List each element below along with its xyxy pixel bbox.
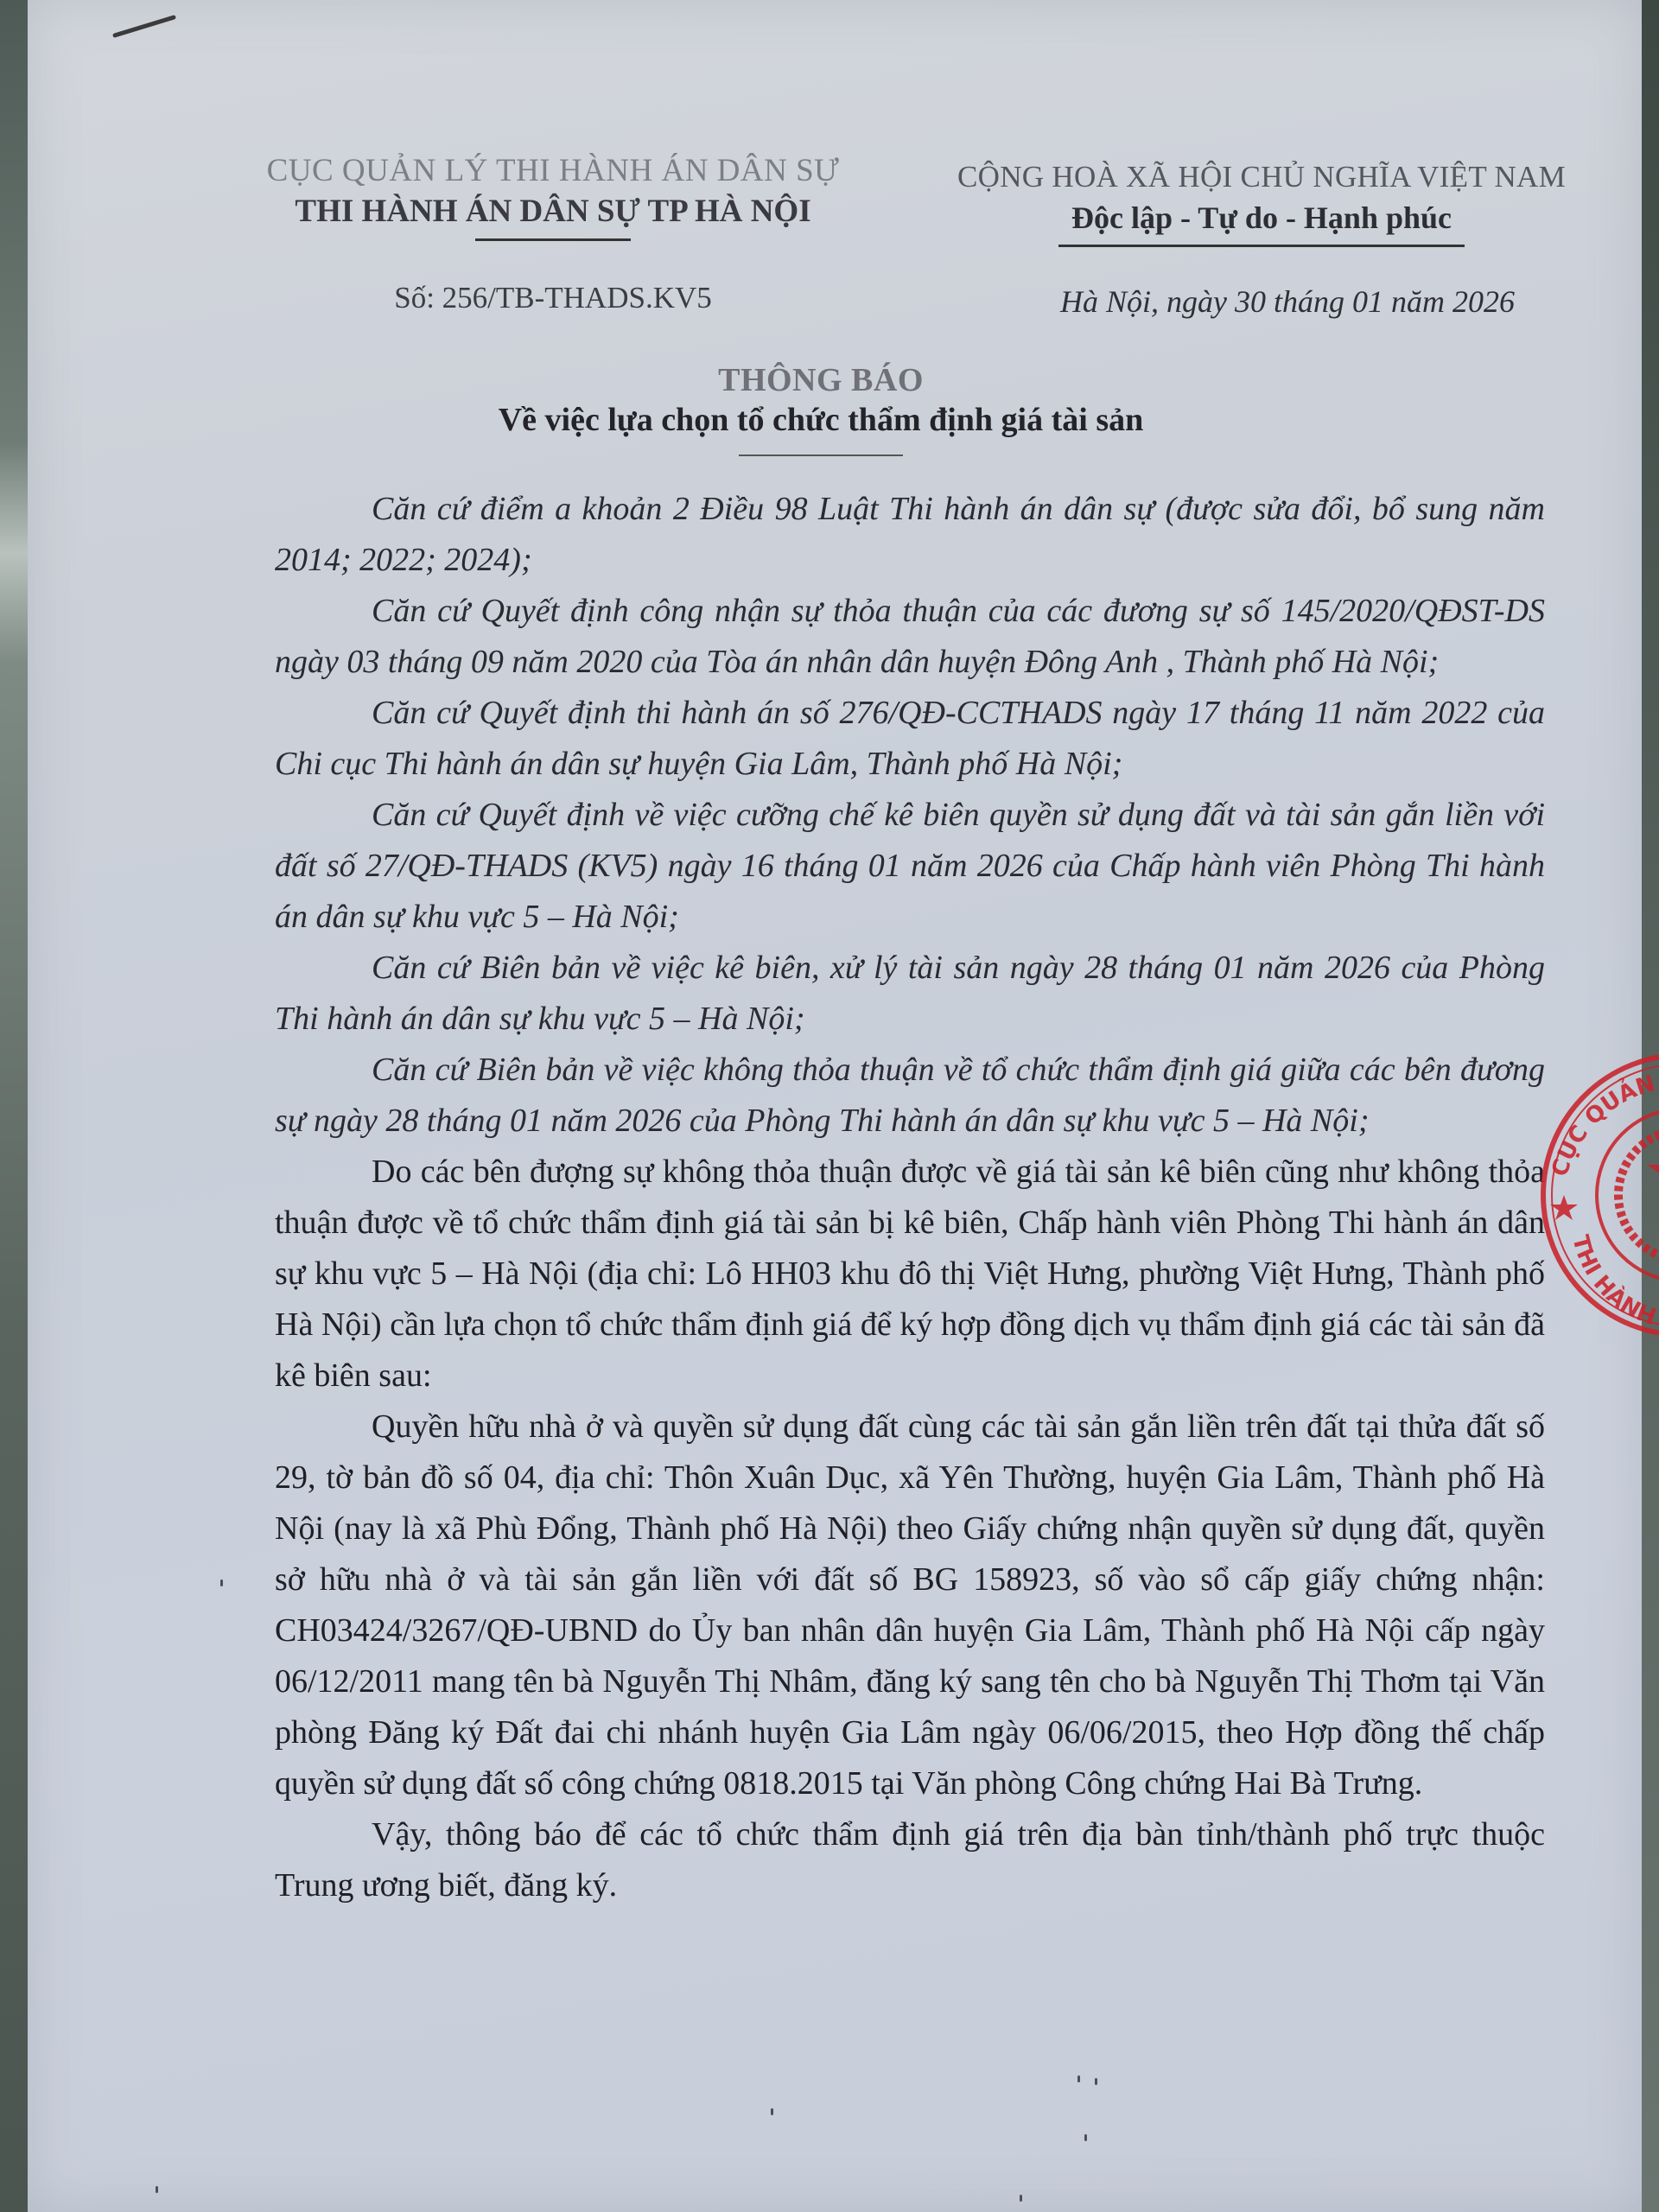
agency-parent: CỤC QUẢN LÝ THI HÀNH ÁN DÂN SỰ [233, 152, 873, 189]
document-title-block: THÔNG BÁO Về việc lựa chọn tổ chức thẩm … [259, 361, 1382, 456]
legal-basis: Căn cứ điểm a khoản 2 Điều 98 Luật Thi h… [275, 484, 1545, 586]
body-paragraph: Vậy, thông báo để các tổ chức thẩm định … [275, 1809, 1545, 1911]
body-paragraph: Quyền hữu nhà ở và quyền sử dụng đất cùn… [275, 1402, 1545, 1809]
legal-basis: Căn cứ Biên bản về việc kê biên, xử lý t… [275, 943, 1545, 1045]
pen-mark [112, 15, 176, 38]
body-paragraph: Do các bên đượng sự không thỏa thuận đượ… [275, 1147, 1545, 1402]
nation-name: CỘNG HOÀ XÃ HỘI CHỦ NGHĨA VIỆT NAM [890, 160, 1633, 194]
document-body: Căn cứ điểm a khoản 2 Điều 98 Luật Thi h… [275, 484, 1545, 1911]
title-underline [739, 454, 903, 456]
national-header-block: CỘNG HOÀ XÃ HỘI CHỦ NGHĨA VIỆT NAM Độc l… [890, 160, 1633, 320]
document-title: THÔNG BÁO [259, 361, 1382, 399]
legal-basis: Căn cứ Biên bản về việc không thỏa thuận… [275, 1045, 1545, 1147]
legal-basis: Căn cứ Quyết định về việc cưỡng chế kê b… [275, 790, 1545, 943]
document-number: Số: 256/TB-THADS.KV5 [233, 281, 873, 315]
legal-basis: Căn cứ Quyết định thi hành án số 276/QĐ-… [275, 688, 1545, 790]
national-motto: Độc lập - Tự do - Hạnh phúc [890, 200, 1633, 236]
seal-text-top: CỤC QUẢN LÝ THI HÀNH ÁN DÂN SỰ [1519, 1044, 1659, 1210]
agency-underline [475, 238, 631, 241]
motto-underline [1058, 245, 1465, 247]
official-seal: CỤC QUẢN LÝ THI HÀNH ÁN DÂN SỰ THI HÀNH … [1519, 1044, 1659, 1338]
place-and-date: Hà Nội, ngày 30 tháng 01 năm 2026 [890, 283, 1633, 320]
seal-emblem-icon: CỤC QUẢN LÝ THI HÀNH ÁN DÂN SỰ THI HÀNH … [1519, 1044, 1659, 1338]
document-subject: Về việc lựa chọn tổ chức thẩm định giá t… [259, 401, 1382, 439]
background-left-edge [0, 0, 31, 2212]
agency-name: THI HÀNH ÁN DÂN SỰ TP HÀ NỘI [233, 193, 873, 230]
svg-text:CỤC QUẢN LÝ THI HÀNH ÁN DÂN SỰ: CỤC QUẢN LÝ THI HÀNH ÁN DÂN SỰ [1519, 1044, 1659, 1210]
legal-basis: Căn cứ Quyết định công nhận sự thỏa thuậ… [275, 586, 1545, 688]
issuing-agency-block: CỤC QUẢN LÝ THI HÀNH ÁN DÂN SỰ THI HÀNH … [233, 152, 873, 315]
